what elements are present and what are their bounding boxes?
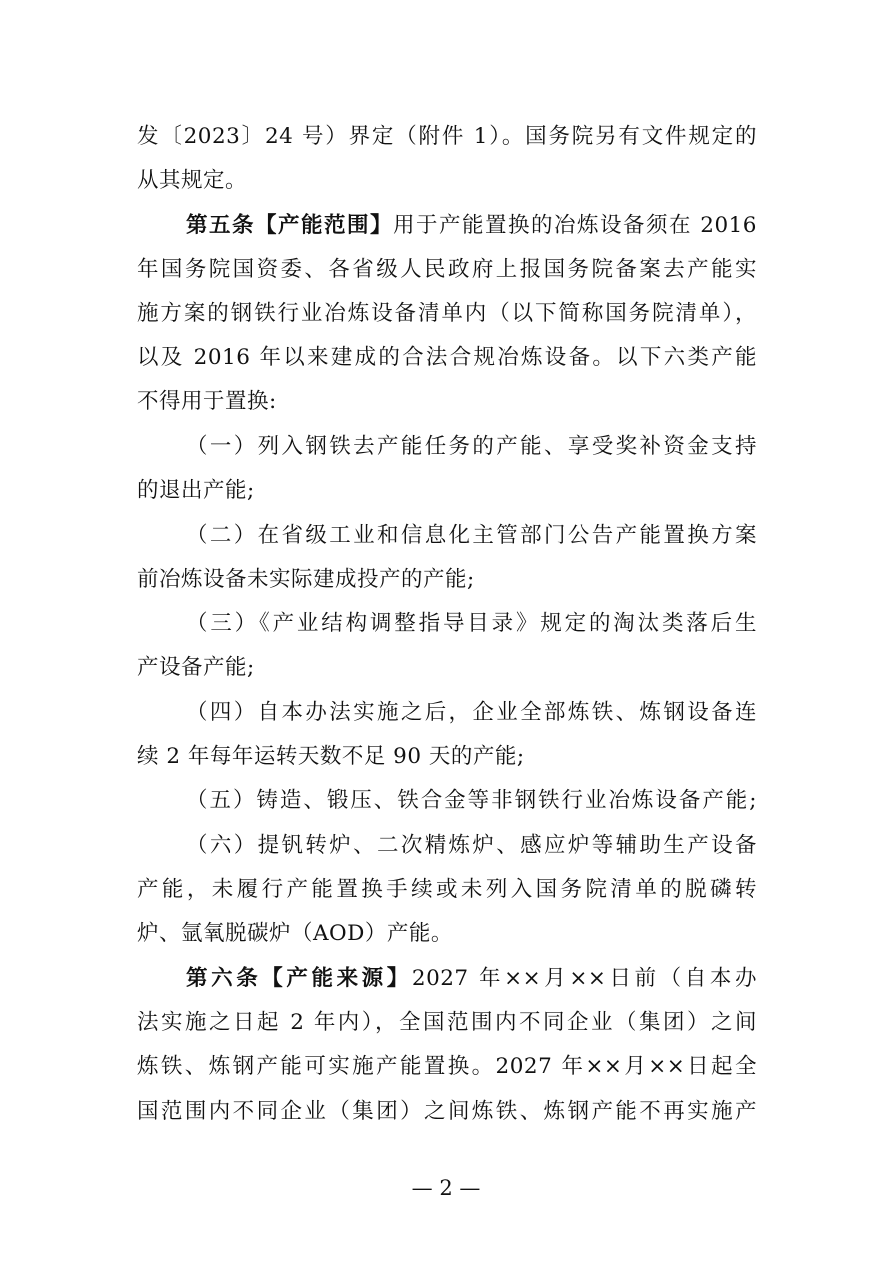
text-line: 不得用于置换:	[137, 387, 757, 417]
item-6-line: （六）提钒转炉、二次精炼炉、感应炉等辅助生产设备	[186, 831, 757, 861]
text-line: 施方案的钢铁行业冶炼设备清单内（以下简称国务院清单），	[137, 299, 757, 329]
text-line: 炉、氩氧脱碳炉（AOD）产能。	[137, 919, 757, 949]
text-line: 的退出产能;	[137, 476, 757, 506]
item-2-line: （二）在省级工业和信息化主管部门公告产能置换方案	[186, 521, 757, 551]
article-5-line: 第五条【产能范围】用于产能置换的冶炼设备须在 2016	[186, 211, 757, 241]
text-line: 法实施之日起 2 年内），全国范围内不同企业（集团）之间	[137, 1008, 757, 1038]
item-3-line: （三）《产业结构调整指导目录》规定的淘汰类落后生	[186, 609, 757, 639]
text-line: 发〔2023〕24 号）界定（附件 1）。国务院另有文件规定的	[137, 122, 757, 152]
text-span: 2027 年××月××日前（自本办	[412, 966, 757, 991]
text-line: 国范围内不同企业（集团）之间炼铁、炼钢产能不再实施产	[137, 1097, 757, 1127]
text-line: 炼铁、炼钢产能可实施产能置换。2027 年××月××日起全	[137, 1052, 757, 1082]
text-line: 产设备产能;	[137, 653, 757, 683]
item-4-line: （四）自本办法实施之后，企业全部炼铁、炼钢设备连	[186, 698, 757, 728]
text-span: 用于产能置换的冶炼设备须在 2016	[393, 213, 757, 238]
item-5-line: （五）铸造、锻压、铁合金等非钢铁行业冶炼设备产能;	[186, 786, 757, 816]
article-6-line: 第六条【产能来源】2027 年××月××日前（自本办	[186, 964, 757, 994]
page-number: — 2 —	[0, 1173, 892, 1203]
text-line: 产能，未履行产能置换手续或未列入国务院清单的脱磷转	[137, 875, 757, 905]
article-5-heading: 第五条【产能范围】	[186, 213, 393, 238]
text-line: 续 2 年每年运转天数不足 90 天的产能;	[137, 742, 757, 772]
article-6-heading: 第六条【产能来源】	[186, 966, 412, 991]
item-1-line: （一）列入钢铁去产能任务的产能、享受奖补资金支持	[186, 432, 757, 462]
text-line: 年国务院国资委、各省级人民政府上报国务院备案去产能实	[137, 255, 757, 285]
text-line: 以及 2016 年以来建成的合法合规冶炼设备。以下六类产能	[137, 343, 757, 373]
text-line: 从其规定。	[137, 166, 757, 196]
document-page: 发〔2023〕24 号）界定（附件 1）。国务院另有文件规定的 从其规定。 第五…	[0, 0, 892, 1262]
text-line: 前冶炼设备未实际建成投产的产能;	[137, 565, 757, 595]
